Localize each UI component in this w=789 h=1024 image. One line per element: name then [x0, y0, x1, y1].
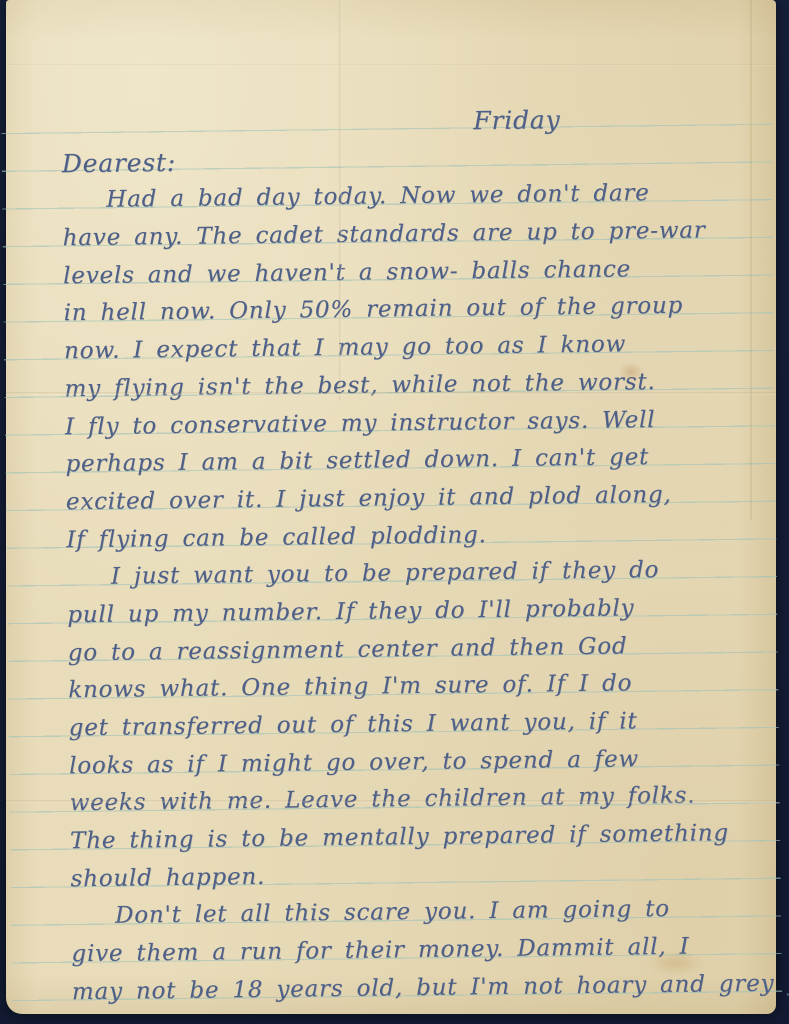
letter-page: FridayDearest:Had a bad day today. Now w…	[6, 0, 776, 1014]
letter-body: FridayDearest:Had a bad day today. Now w…	[1, 99, 782, 1013]
letter-line: Friday	[473, 99, 771, 140]
page-tilt-wrapper: FridayDearest:Had a bad day today. Now w…	[0, 0, 782, 1014]
paper-stain	[618, 362, 644, 382]
scan-background: FridayDearest:Had a bad day today. Now w…	[0, 0, 789, 1024]
paper-stain	[646, 950, 706, 976]
